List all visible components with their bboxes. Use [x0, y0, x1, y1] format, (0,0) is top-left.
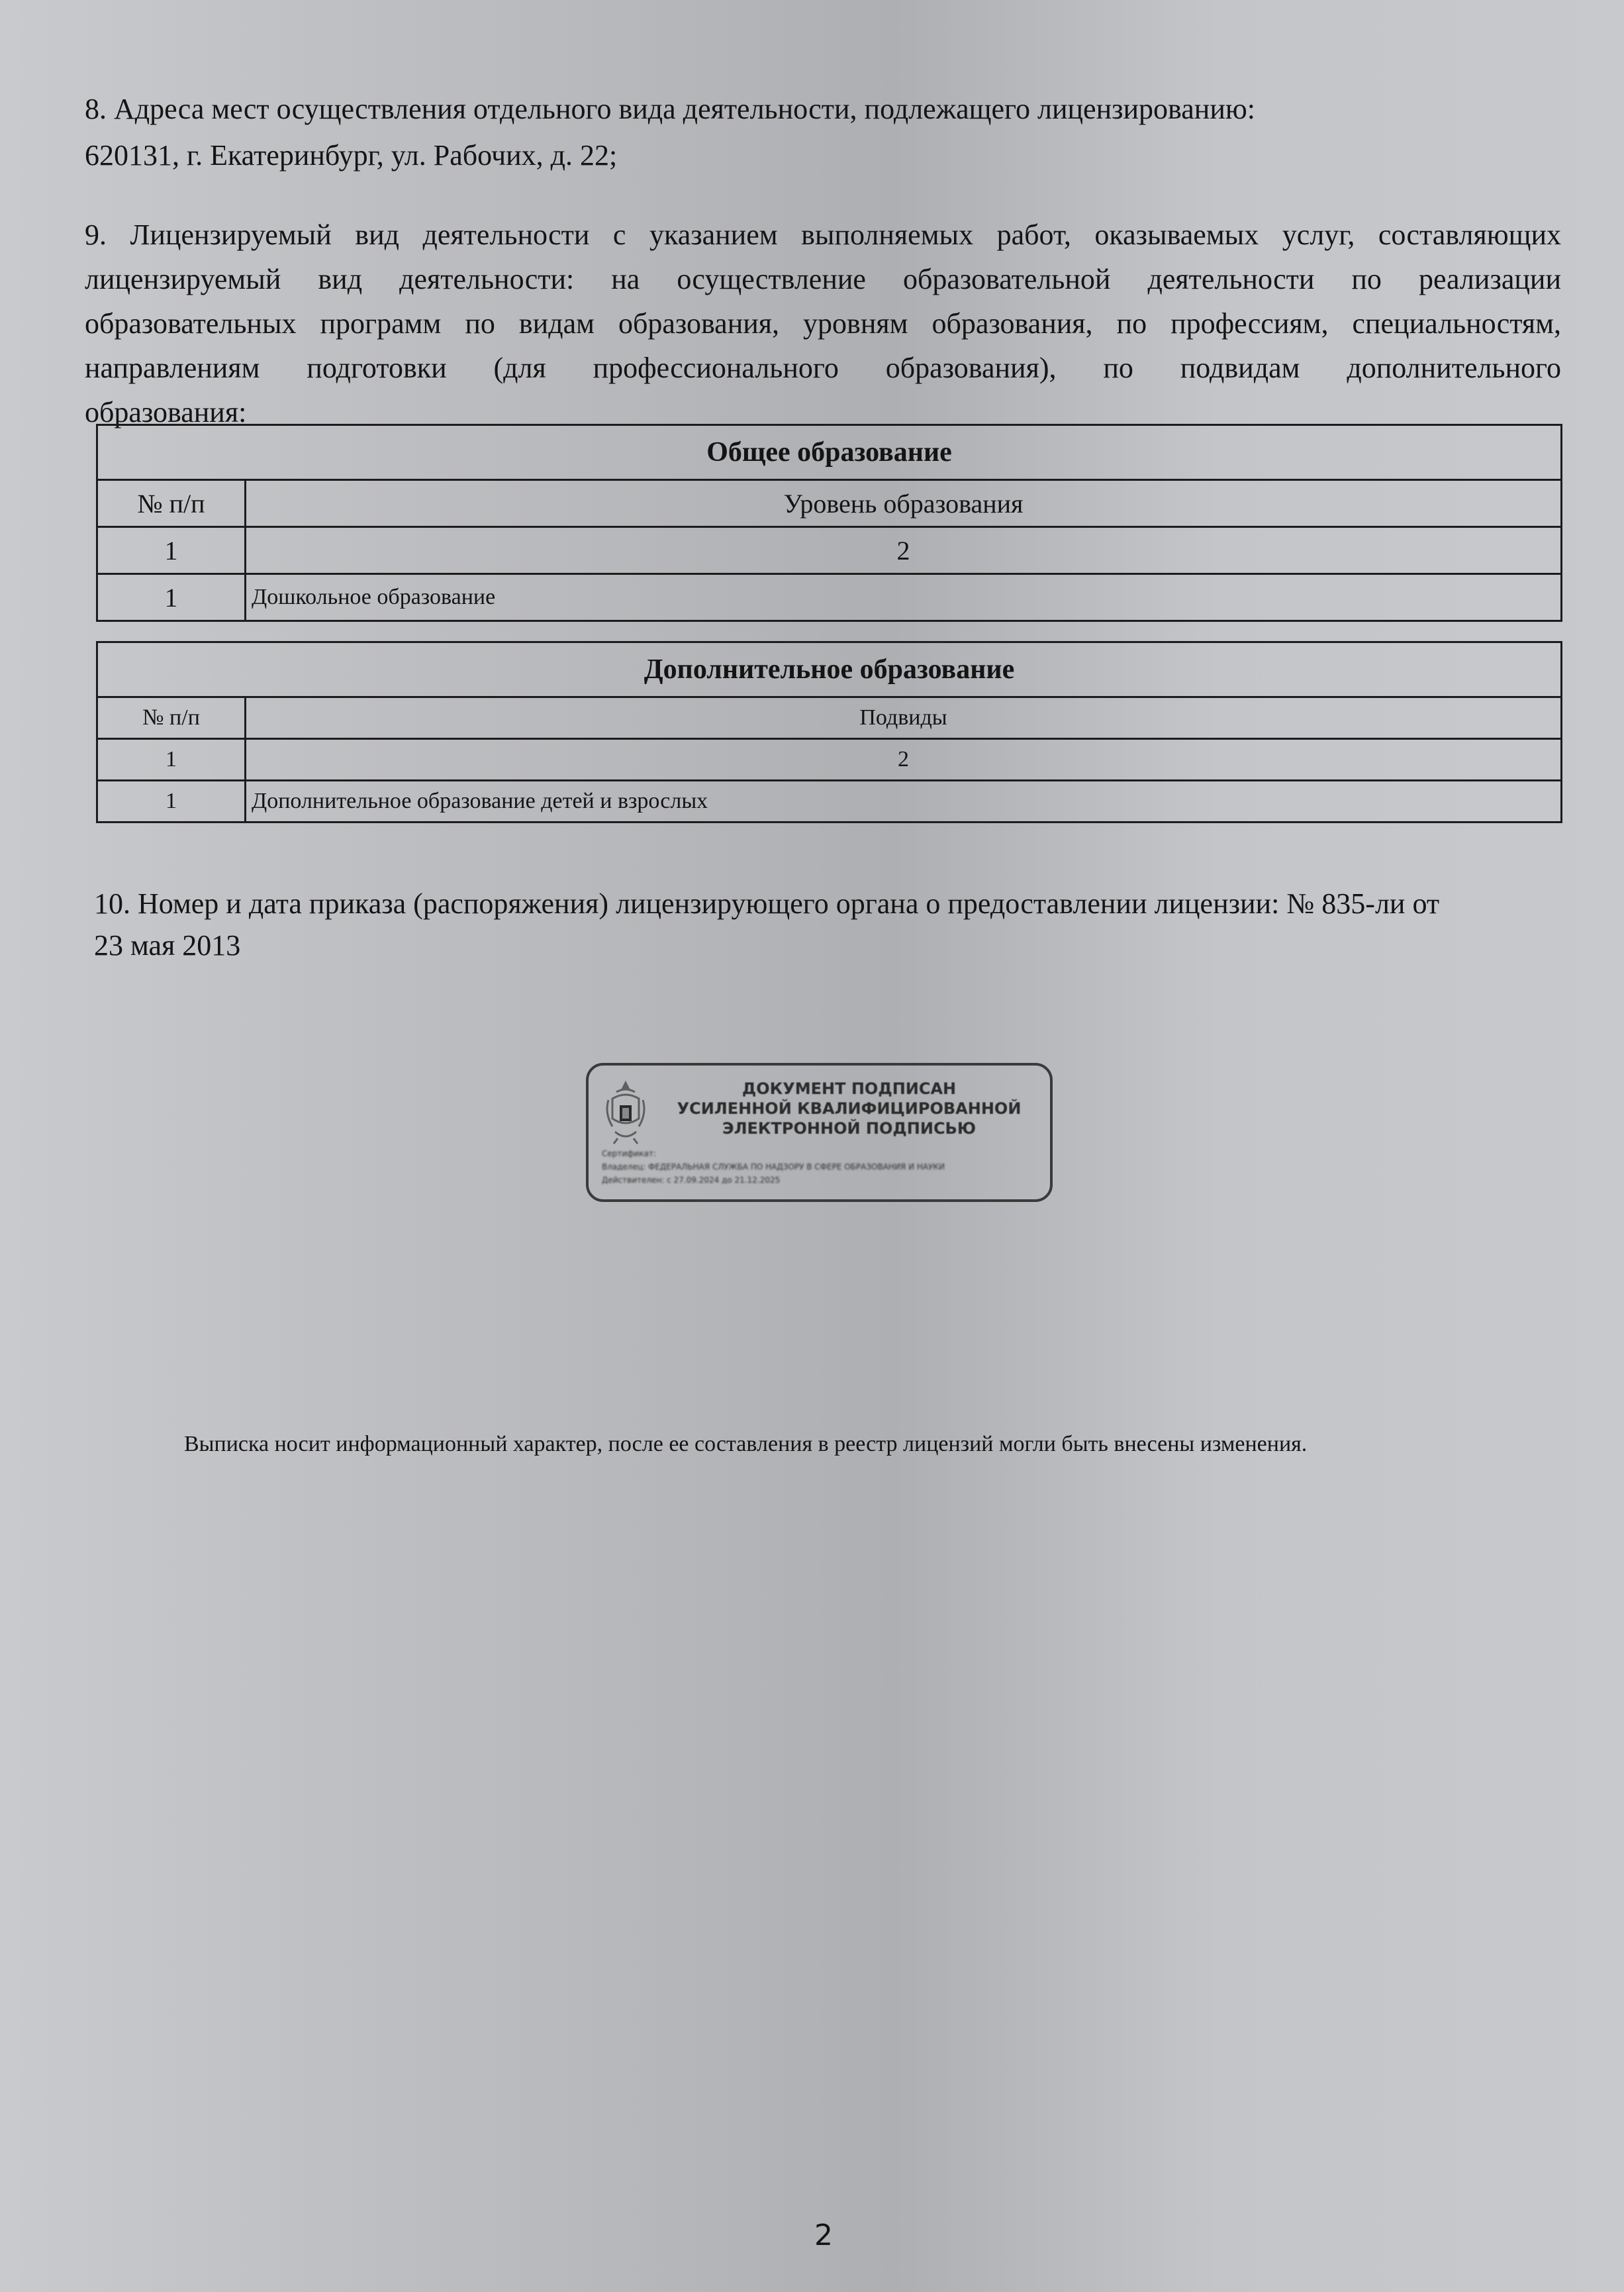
column-index: 2 [246, 527, 1562, 574]
row-value: Дошкольное образование [246, 574, 1562, 621]
row-value: Дополнительное образование детей и взрос… [246, 781, 1562, 822]
section-9-line: направлениям подготовки (для профессиона… [85, 348, 1561, 388]
row-number: 1 [97, 781, 246, 822]
column-header-number: № п/п [97, 480, 246, 527]
section-9-line: 9. Лицензируемый вид деятельности с указ… [85, 215, 1561, 255]
additional-education-table: Дополнительное образование № п/п Подвиды… [96, 641, 1562, 823]
column-index: 2 [246, 739, 1562, 781]
page-number: 2 [814, 2218, 833, 2252]
column-index: 1 [97, 739, 246, 781]
table-title: Дополнительное образование [97, 642, 1562, 697]
section-10-line: 10. Номер и дата приказа (распоряжения) … [94, 884, 1439, 924]
stamp-validity: Действителен: с 27.09.2024 до 21.12.2025 [602, 1174, 1042, 1186]
column-header-number: № п/п [97, 697, 246, 739]
table-row: 1 Дополнительное образование детей и взр… [97, 781, 1562, 822]
table-row: 1 Дошкольное образование [97, 574, 1562, 621]
stamp-certificate: Сертификат: [602, 1148, 1042, 1160]
row-number: 1 [97, 574, 246, 621]
stamp-owner: Владелец: ФЕДЕРАЛЬНАЯ СЛУЖБА ПО НАДЗОРУ … [602, 1161, 1042, 1173]
column-header-subtypes: Подвиды [246, 697, 1562, 739]
stamp-title-line: ЭЛЕКТРОННОЙ ПОДПИСЬЮ [655, 1119, 1043, 1138]
section-9-line: образовательных программ по видам образо… [85, 304, 1561, 344]
column-header-level: Уровень образования [246, 480, 1562, 527]
section-10-date: 23 мая 2013 [94, 926, 240, 966]
coat-of-arms-icon [602, 1080, 649, 1146]
section-9-line: лицензируемый вид деятельности: на осуще… [85, 260, 1561, 299]
stamp-title-line: УСИЛЕННОЙ КВАЛИФИЦИРОВАННОЙ [655, 1099, 1043, 1119]
general-education-table: Общее образование № п/п Уровень образова… [96, 424, 1562, 622]
section-8-address: 620131, г. Екатеринбург, ул. Рабочих, д.… [85, 136, 617, 175]
stamp-title-line: ДОКУМЕНТ ПОДПИСАН [655, 1079, 1043, 1099]
table-title: Общее образование [97, 425, 1562, 480]
column-index: 1 [97, 527, 246, 574]
electronic-signature-stamp: ДОКУМЕНТ ПОДПИСАН УСИЛЕННОЙ КВАЛИФИЦИРОВ… [586, 1063, 1053, 1202]
section-8-heading: 8. Адреса мест осуществления отдельного … [85, 89, 1255, 129]
footer-note: Выписка носит информационный характер, п… [184, 1432, 1307, 1457]
